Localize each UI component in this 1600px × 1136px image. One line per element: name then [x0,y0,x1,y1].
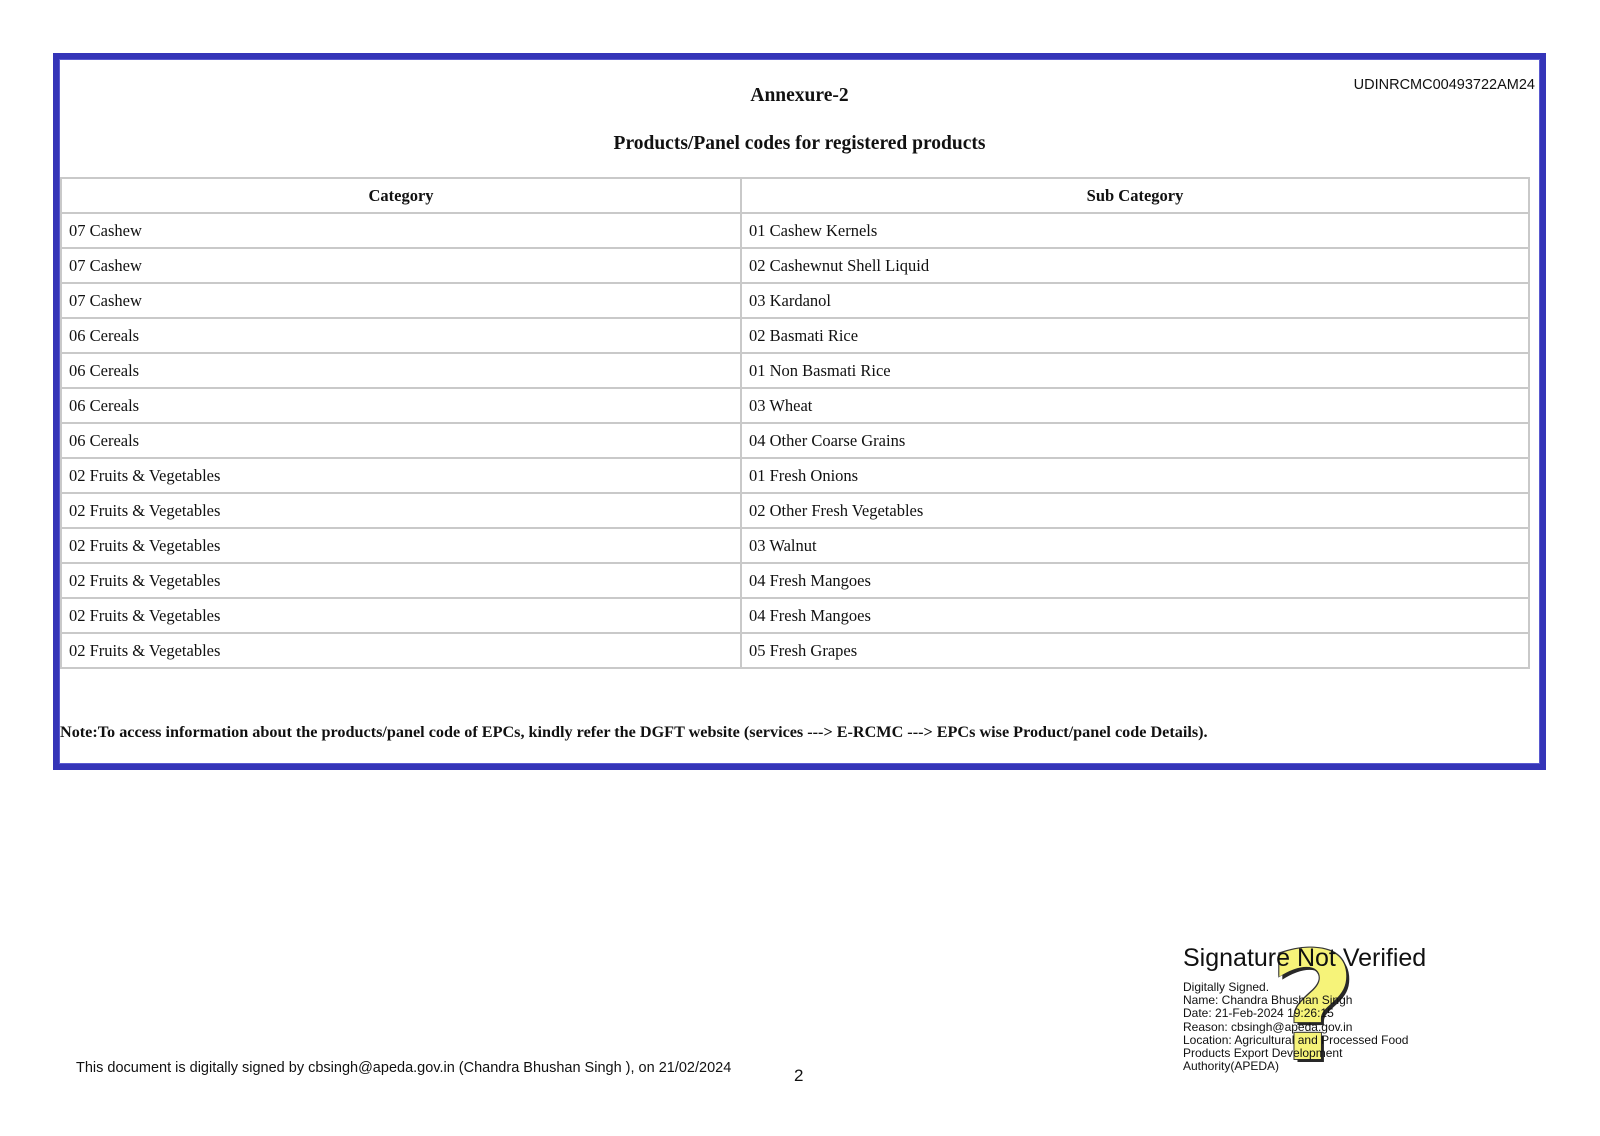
category-cell: 07 Cashew [61,283,741,318]
table-row: 07 Cashew03 Kardanol [61,283,1529,318]
sub-category-cell: 02 Cashewnut Shell Liquid [741,248,1529,283]
category-cell: 02 Fruits & Vegetables [61,598,741,633]
category-cell: 07 Cashew [61,248,741,283]
signature-block: ? Signature Not Verified Digitally Signe… [1183,943,1483,1083]
sub-category-cell: 02 Other Fresh Vegetables [741,493,1529,528]
category-cell: 02 Fruits & Vegetables [61,493,741,528]
sub-category-cell: 01 Cashew Kernels [741,213,1529,248]
sub-category-cell: 01 Non Basmati Rice [741,353,1529,388]
category-cell: 06 Cereals [61,423,741,458]
table-body: 07 Cashew01 Cashew Kernels07 Cashew02 Ca… [61,213,1529,668]
category-cell: 06 Cereals [61,318,741,353]
sub-category-cell: 03 Wheat [741,388,1529,423]
category-cell: 06 Cereals [61,353,741,388]
sub-category-cell: 01 Fresh Onions [741,458,1529,493]
column-header-category: Category [61,178,741,213]
table-row: 02 Fruits & Vegetables01 Fresh Onions [61,458,1529,493]
product-codes-table: Category Sub Category 07 Cashew01 Cashew… [60,177,1530,669]
table-row: 06 Cereals01 Non Basmati Rice [61,353,1529,388]
column-header-sub-category: Sub Category [741,178,1529,213]
table-row: 06 Cereals03 Wheat [61,388,1529,423]
category-cell: 06 Cereals [61,388,741,423]
signature-detail-line: Reason: cbsingh@apeda.gov.in [1183,1021,1483,1034]
sub-category-cell: 04 Other Coarse Grains [741,423,1529,458]
page-number: 2 [794,1066,803,1086]
signature-status: Signature Not Verified [1183,943,1483,973]
table-row: 06 Cereals04 Other Coarse Grains [61,423,1529,458]
page-subtitle: Products/Panel codes for registered prod… [59,133,1540,155]
sub-category-cell: 05 Fresh Grapes [741,633,1529,668]
table-row: 06 Cereals02 Basmati Rice [61,318,1529,353]
sub-category-cell: 03 Walnut [741,528,1529,563]
table-row: 07 Cashew01 Cashew Kernels [61,213,1529,248]
annexure-frame: UDINRCMC00493722AM24 Annexure-2 Products… [53,53,1546,770]
page-title: Annexure-2 [59,85,1540,107]
category-cell: 02 Fruits & Vegetables [61,563,741,598]
table-row: 02 Fruits & Vegetables04 Fresh Mangoes [61,563,1529,598]
signature-detail-line: Date: 21-Feb-2024 19:26:15 [1183,1007,1483,1020]
category-cell: 02 Fruits & Vegetables [61,633,741,668]
table-row: 07 Cashew02 Cashewnut Shell Liquid [61,248,1529,283]
category-cell: 02 Fruits & Vegetables [61,458,741,493]
category-cell: 07 Cashew [61,213,741,248]
table-row: 02 Fruits & Vegetables04 Fresh Mangoes [61,598,1529,633]
note-text: Note:To access information about the pro… [60,723,1208,742]
table-row: 02 Fruits & Vegetables02 Other Fresh Veg… [61,493,1529,528]
sub-category-cell: 04 Fresh Mangoes [741,598,1529,633]
digital-signature-statement: This document is digitally signed by cbs… [76,1060,731,1076]
sub-category-cell: 03 Kardanol [741,283,1529,318]
signature-details: Digitally Signed.Name: Chandra Bhushan S… [1183,981,1483,1073]
table-row: 02 Fruits & Vegetables05 Fresh Grapes [61,633,1529,668]
sub-category-cell: 02 Basmati Rice [741,318,1529,353]
table-row: 02 Fruits & Vegetables03 Walnut [61,528,1529,563]
category-cell: 02 Fruits & Vegetables [61,528,741,563]
sub-category-cell: 04 Fresh Mangoes [741,563,1529,598]
table-header-row: Category Sub Category [61,178,1529,213]
signature-detail-line: Authority(APEDA) [1183,1060,1483,1073]
